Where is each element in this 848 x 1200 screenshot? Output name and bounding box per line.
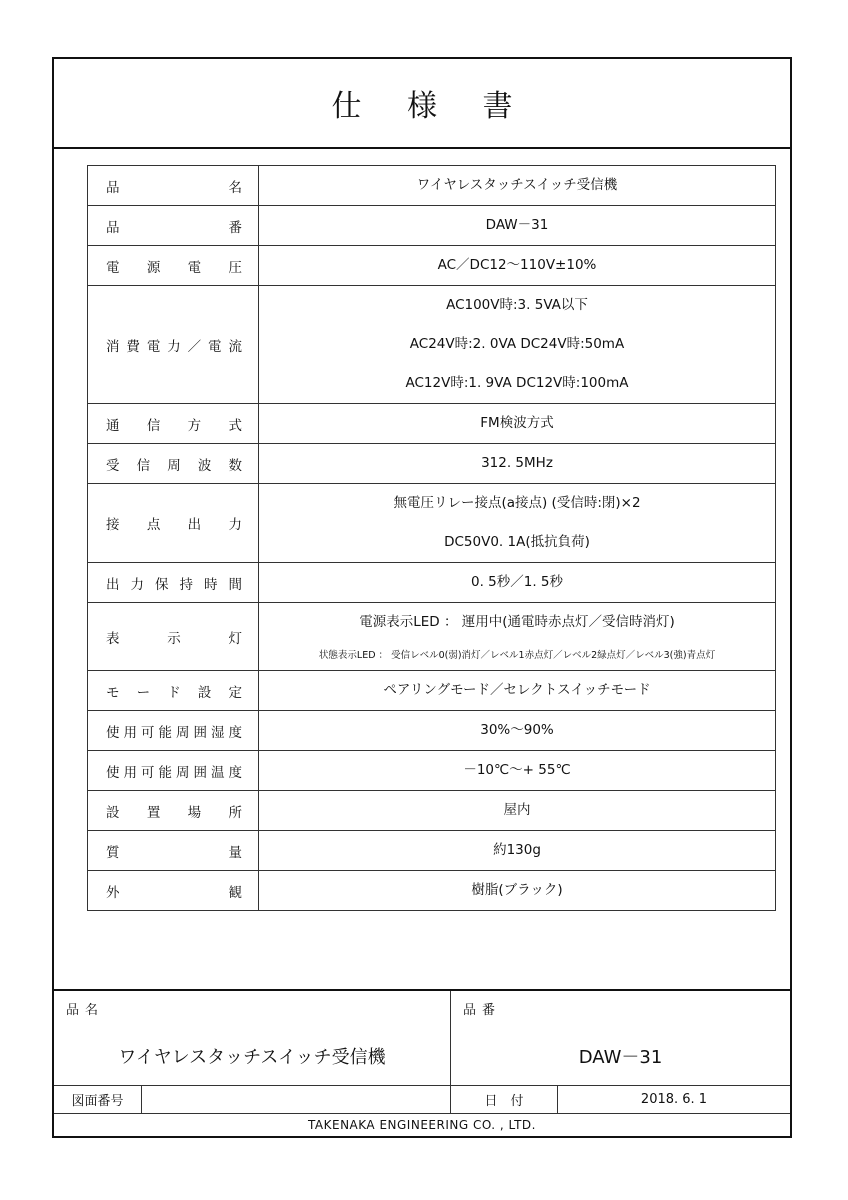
spec-label-char: 数: [229, 454, 243, 474]
spec-row: 表示灯電源表示LED ： 運用中(通電時赤点灯／受信時消灯)状態表示LED ： …: [88, 603, 776, 671]
spec-label-char: 湿: [211, 721, 225, 741]
spec-label-char: 量: [229, 841, 243, 861]
spec-value-line: 312. 5MHz: [259, 444, 775, 483]
spec-value: 樹脂(ブラック): [259, 871, 776, 911]
spec-label-char: 周: [167, 454, 181, 474]
spec-row: 使用可能周囲湿度30%～90%: [88, 711, 776, 751]
spec-label: 使用可能周囲温度: [88, 751, 259, 791]
spec-row: 設置場所屋内: [88, 791, 776, 831]
spec-label-char: 設: [106, 801, 120, 821]
spec-label: 品番: [88, 206, 259, 246]
spec-label: 設置場所: [88, 791, 259, 831]
spec-label-char: 圧: [228, 256, 242, 276]
spec-label: 消費電力／電流: [88, 286, 259, 404]
spec-label-char: 観: [229, 881, 243, 901]
spec-label-char: 能: [159, 721, 173, 741]
spec-label-char: 品: [106, 176, 120, 196]
spec-label-char: 時: [204, 573, 218, 593]
spec-value-line: ワイヤレスタッチスイッチ受信機: [259, 166, 775, 205]
spec-label-char: 定: [229, 681, 243, 701]
spec-label-char: 温: [211, 761, 225, 781]
spec-value: ワイヤレスタッチスイッチ受信機: [259, 166, 776, 206]
spec-row: 品番DAW－31: [88, 206, 776, 246]
spec-value: 屋内: [259, 791, 776, 831]
spec-label-char: 置: [147, 801, 161, 821]
spec-value: 電源表示LED ： 運用中(通電時赤点灯／受信時消灯)状態表示LED ： 受信レ…: [259, 603, 776, 671]
spec-value-line: AC／DC12～110V±10%: [259, 246, 775, 285]
title-block: 品名 ワイヤレスタッチスイッチ受信機 品番 DAW－31 図面番号 日 付 20…: [54, 989, 790, 1136]
spec-label: 品名: [88, 166, 259, 206]
spec-label-char: 方: [188, 414, 202, 434]
spec-label: 受信周波数: [88, 444, 259, 484]
product-code-caption: 品番: [463, 999, 501, 1018]
product-name-caption: 品名: [66, 999, 104, 1018]
document-title: 仕 様 書: [313, 81, 530, 125]
spec-label-char: 囲: [194, 761, 208, 781]
spec-row: 通信方式FM検波方式: [88, 404, 776, 444]
spec-label-char: 周: [176, 721, 190, 741]
spec-label-char: 灯: [229, 627, 243, 647]
spec-label-char: 設: [198, 681, 212, 701]
date-value: 2018. 6. 1: [558, 1086, 790, 1113]
spec-label-char: 信: [137, 454, 151, 474]
spec-row: 品名ワイヤレスタッチスイッチ受信機: [88, 166, 776, 206]
spec-value-line: －10℃～+ 55℃: [259, 751, 775, 790]
spec-label-char: 間: [229, 573, 243, 593]
spec-row: 接点出力無電圧リレー接点(a接点) (受信時:閉)×2DC50V0. 1A(抵抗…: [88, 484, 776, 563]
spec-row: 電源電圧AC／DC12～110V±10%: [88, 246, 776, 286]
spec-value-line: DAW－31: [259, 206, 775, 245]
product-code-cell: 品番 DAW－31: [451, 991, 790, 1085]
spec-label-char: 波: [198, 454, 212, 474]
spec-value-line: 電源表示LED ： 運用中(通電時赤点灯／受信時消灯): [259, 603, 775, 642]
spec-row: 出力保持時間0. 5秒／1. 5秒: [88, 563, 776, 603]
company-name: TAKENAKA ENGINEERING CO. , LTD.: [54, 1114, 790, 1136]
spec-label-char: 電: [208, 335, 222, 355]
spec-label-char: 外: [106, 881, 120, 901]
spec-table: 品名ワイヤレスタッチスイッチ受信機品番DAW－31電源電圧AC／DC12～110…: [87, 165, 776, 911]
spec-value-line: ペアリングモード／セレクトスイッチモード: [259, 671, 775, 710]
spec-label-char: 名: [229, 176, 243, 196]
spec-label-char: 用: [124, 721, 138, 741]
spec-label: 表示灯: [88, 603, 259, 671]
title-header: 仕 様 書: [54, 59, 790, 149]
spec-label-char: ー: [137, 681, 151, 701]
date-caption: 日 付: [451, 1086, 558, 1113]
spec-label-char: 場: [188, 801, 202, 821]
spec-value-line: 無電圧リレー接点(a接点) (受信時:閉)×2: [259, 484, 775, 523]
spec-row: 使用可能周囲温度－10℃～+ 55℃: [88, 751, 776, 791]
spec-value-line: 0. 5秒／1. 5秒: [259, 563, 775, 602]
spec-label-char: ／: [188, 335, 202, 355]
spec-label-char: 流: [228, 335, 242, 355]
spec-value-line: 30%～90%: [259, 711, 775, 750]
spec-label: 出力保持時間: [88, 563, 259, 603]
spec-label-char: 信: [147, 414, 161, 434]
spec-label-char: ド: [167, 681, 181, 701]
product-code-value: DAW－31: [451, 1043, 790, 1069]
spec-label-char: 可: [141, 761, 155, 781]
spec-label-char: 囲: [194, 721, 208, 741]
spec-label-char: 点: [147, 513, 161, 533]
spec-value: AC／DC12～110V±10%: [259, 246, 776, 286]
spec-value: DAW－31: [259, 206, 776, 246]
spec-label-char: 周: [176, 761, 190, 781]
spec-row: モード設定ペアリングモード／セレクトスイッチモード: [88, 671, 776, 711]
spec-value-line: DC50V0. 1A(抵抗負荷): [259, 523, 775, 562]
spec-label: 使用可能周囲湿度: [88, 711, 259, 751]
spec-label-char: 能: [159, 761, 173, 781]
drawing-number-caption: 図面番号: [54, 1086, 142, 1113]
spec-label-char: 消: [106, 335, 120, 355]
spec-label-char: モ: [106, 681, 120, 701]
spec-label-char: 出: [188, 513, 202, 533]
spec-label-char: 使: [106, 761, 120, 781]
spec-label-char: 通: [106, 414, 120, 434]
spec-value: 312. 5MHz: [259, 444, 776, 484]
spec-label-char: 式: [228, 414, 242, 434]
drawing-number-value: [142, 1086, 451, 1113]
spec-value-small-line: 状態表示LED ： 受信レベル0(弱)消灯／レベル1赤点灯／レベル2緑点灯／レベ…: [259, 642, 775, 670]
spec-value: ペアリングモード／セレクトスイッチモード: [259, 671, 776, 711]
spec-label-char: 電: [188, 256, 202, 276]
spec-label-char: 可: [141, 721, 155, 741]
spec-value: FM検波方式: [259, 404, 776, 444]
spec-label-char: 所: [228, 801, 242, 821]
spec-value-line: 樹脂(ブラック): [259, 871, 775, 910]
spec-label-char: 使: [106, 721, 120, 741]
document-frame: 仕 様 書 品名ワイヤレスタッチスイッチ受信機品番DAW－31電源電圧AC／DC…: [52, 57, 792, 1138]
spec-label-char: 力: [167, 335, 181, 355]
spec-value-line: AC12V時:1. 9VA DC12V時:100mA: [259, 364, 775, 403]
spec-label-char: 番: [229, 216, 243, 236]
spec-value: 30%～90%: [259, 711, 776, 751]
spec-label: 接点出力: [88, 484, 259, 563]
spec-value-line: 約130g: [259, 831, 775, 870]
spec-label-char: 力: [228, 513, 242, 533]
spec-value: 約130g: [259, 831, 776, 871]
spec-label: 通信方式: [88, 404, 259, 444]
spec-label-char: 費: [126, 335, 140, 355]
spec-label-char: 接: [106, 513, 120, 533]
product-name-value: ワイヤレスタッチスイッチ受信機: [54, 1043, 450, 1069]
spec-label-char: 品: [106, 216, 120, 236]
spec-label-char: 電: [147, 335, 161, 355]
spec-value-line: AC24V時:2. 0VA DC24V時:50mA: [259, 325, 775, 364]
title-block-row-meta: 図面番号 日 付 2018. 6. 1: [54, 1086, 790, 1114]
spec-label: 外観: [88, 871, 259, 911]
spec-label-char: 力: [131, 573, 145, 593]
spec-value-line: AC100V時:3. 5VA以下: [259, 286, 775, 325]
title-block-row-main: 品名 ワイヤレスタッチスイッチ受信機 品番 DAW－31: [54, 991, 790, 1086]
spec-label-char: 源: [147, 256, 161, 276]
spec-label-char: 持: [180, 573, 194, 593]
spec-value-line: 屋内: [259, 791, 775, 830]
spec-label-char: 電: [106, 256, 120, 276]
spec-label-char: 保: [155, 573, 169, 593]
spec-label-char: 表: [106, 627, 120, 647]
spec-label-char: 用: [124, 761, 138, 781]
spec-label-char: 出: [106, 573, 120, 593]
spec-label-char: 度: [229, 721, 243, 741]
spec-value: －10℃～+ 55℃: [259, 751, 776, 791]
spec-row: 質量約130g: [88, 831, 776, 871]
spec-row: 外観樹脂(ブラック): [88, 871, 776, 911]
spec-value: AC100V時:3. 5VA以下AC24V時:2. 0VA DC24V時:50m…: [259, 286, 776, 404]
spec-label-char: 質: [106, 841, 120, 861]
spec-row: 消費電力／電流AC100V時:3. 5VA以下AC24V時:2. 0VA DC2…: [88, 286, 776, 404]
spec-value: 無電圧リレー接点(a接点) (受信時:閉)×2DC50V0. 1A(抵抗負荷): [259, 484, 776, 563]
spec-row: 受信周波数312. 5MHz: [88, 444, 776, 484]
spec-value: 0. 5秒／1. 5秒: [259, 563, 776, 603]
spec-label: モード設定: [88, 671, 259, 711]
product-name-cell: 品名 ワイヤレスタッチスイッチ受信機: [54, 991, 451, 1085]
spec-label-char: 受: [106, 454, 120, 474]
spec-label-char: 度: [229, 761, 243, 781]
spec-label-char: 示: [167, 627, 181, 647]
spec-value-line: FM検波方式: [259, 404, 775, 443]
spec-label: 電源電圧: [88, 246, 259, 286]
spec-label: 質量: [88, 831, 259, 871]
